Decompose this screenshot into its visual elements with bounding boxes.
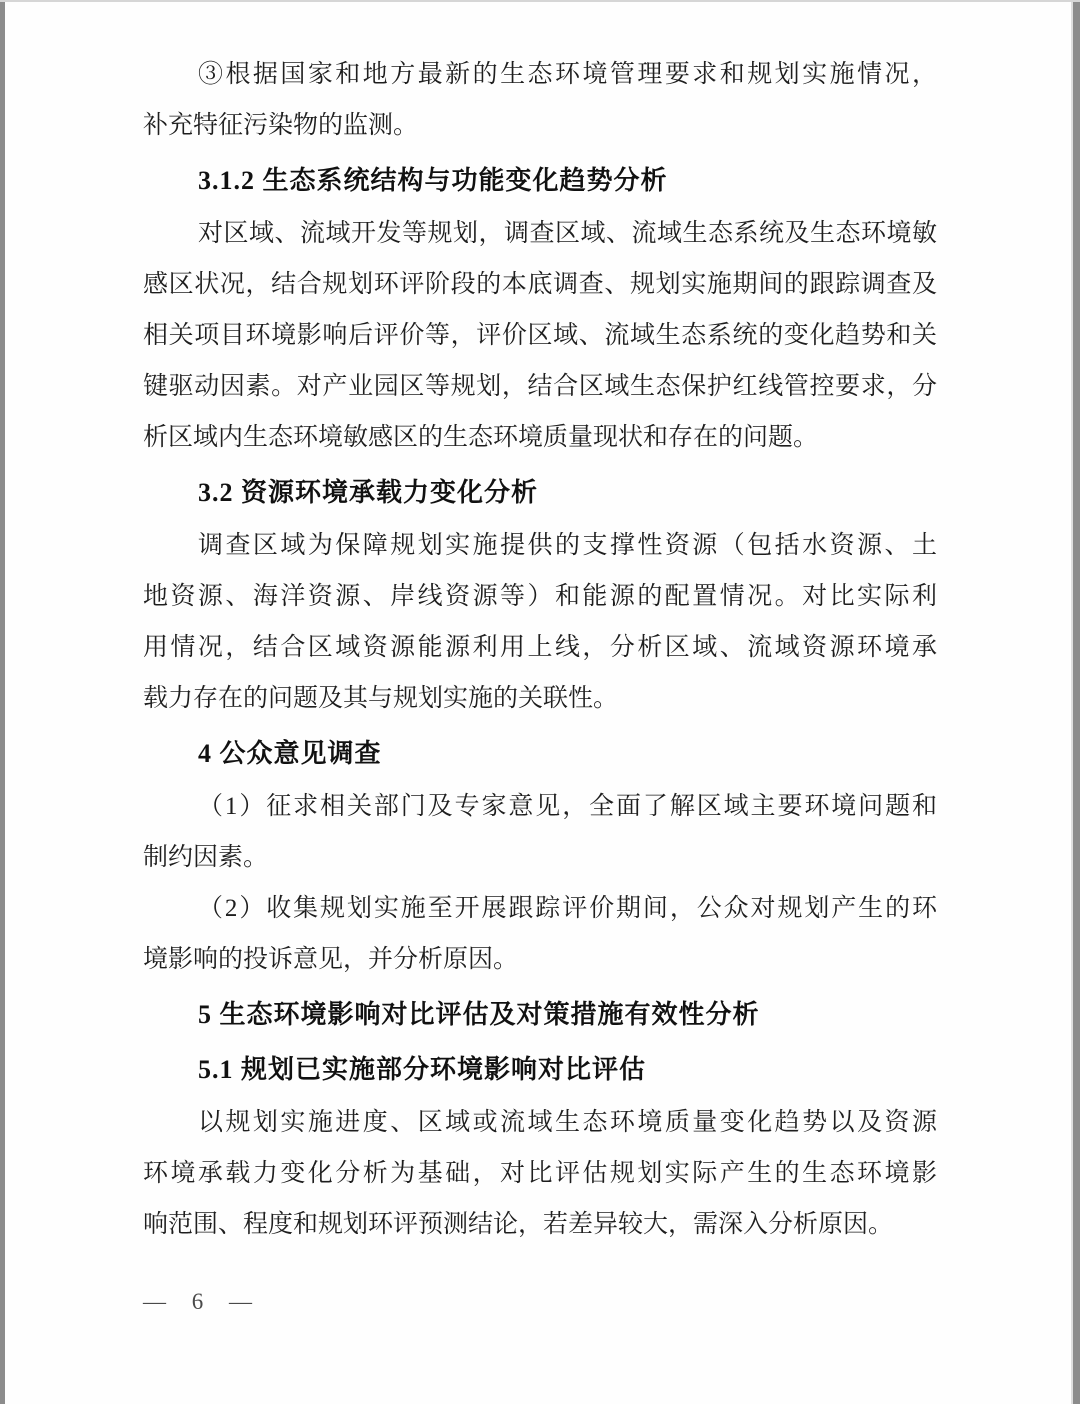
paragraph-line: 环境承载力变化分析为基础，对比评估规划实际产生的生态环境影 — [143, 1148, 937, 1199]
scan-left-edge — [0, 0, 5, 1404]
page-number: — 6 — — [143, 1288, 256, 1316]
paragraph-line: 键驱动因素。对产业园区等规划，结合区域生态保护红线管控要求，分 — [143, 361, 937, 412]
paragraph-line: 响范围、程度和规划环评预测结论，若差异较大，需深入分析原因。 — [143, 1199, 937, 1250]
scan-right-edge — [1073, 0, 1080, 1404]
paragraph-line: （1）征求相关部门及专家意见，全面了解区域主要环境问题和 — [143, 781, 937, 832]
document-body: ③根据国家和地方最新的生态环境管理要求和规划实施情况， 补充特征污染物的监测。 … — [143, 49, 937, 1250]
paragraph-line: 调查区域为保障规划实施提供的支撑性资源（包括水资源、土 — [143, 520, 937, 571]
paragraph-line: 载力存在的问题及其与规划实施的关联性。 — [143, 673, 937, 724]
paragraph-line: 感区状况，结合规划环评阶段的本底调查、规划实施期间的跟踪调查及 — [143, 259, 937, 310]
paragraph-line: 补充特征污染物的监测。 — [143, 100, 937, 151]
paragraph-line: 相关项目环境影响后评价等，评价区域、流域生态系统的变化趋势和关 — [143, 310, 937, 361]
paragraph-line: ③根据国家和地方最新的生态环境管理要求和规划实施情况， — [143, 49, 937, 100]
section-heading-5: 5 生态环境影响对比评估及对策措施有效性分析 — [143, 989, 937, 1040]
section-heading-4: 4 公众意见调查 — [143, 728, 937, 779]
paragraph-line: 以规划实施进度、区域或流域生态环境质量变化趋势以及资源 — [143, 1097, 937, 1148]
scan-top-edge — [0, 0, 1080, 2]
paragraph-line: 制约因素。 — [143, 832, 937, 883]
paragraph-line: 境影响的投诉意见，并分析原因。 — [143, 934, 937, 985]
paragraph-line: 地资源、海洋资源、岸线资源等）和能源的配置情况。对比实际利 — [143, 571, 937, 622]
section-heading-3-1-2: 3.1.2 生态系统结构与功能变化趋势分析 — [143, 155, 937, 206]
section-heading-3-2: 3.2 资源环境承载力变化分析 — [143, 467, 937, 518]
section-heading-5-1: 5.1 规划已实施部分环境影响对比评估 — [143, 1044, 937, 1095]
paragraph-line: 析区域内生态环境敏感区的生态环境质量现状和存在的问题。 — [143, 412, 937, 463]
paragraph-line: 对区域、流域开发等规划，调查区域、流域生态系统及生态环境敏 — [143, 208, 937, 259]
paragraph-line: 用情况，结合区域资源能源利用上线，分析区域、流域资源环境承 — [143, 622, 937, 673]
document-page: ③根据国家和地方最新的生态环境管理要求和规划实施情况， 补充特征污染物的监测。 … — [0, 0, 1080, 1404]
paragraph-line: （2）收集规划实施至开展跟踪评价期间，公众对规划产生的环 — [143, 883, 937, 934]
